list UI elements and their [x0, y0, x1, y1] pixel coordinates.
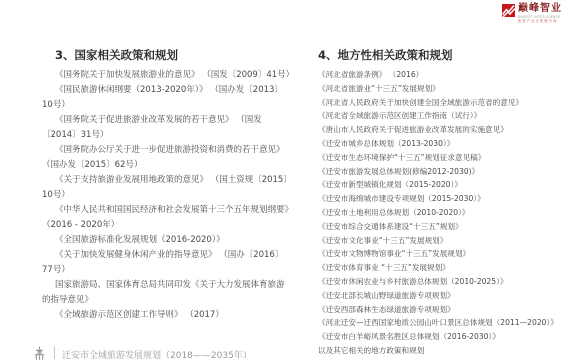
policy-item: 《迁安市综合交通体系建设“十三五”规划》	[318, 220, 570, 234]
logo: 巅峰智业 DAVOST INTELLIGENCE 旅游产业全程服务商	[502, 4, 562, 23]
national-policies-section: 3、国家相关政策和规划 《国务院关于加快发展旅游业的意见》 （国发〔2009〕4…	[42, 48, 292, 323]
policy-item: 《关于加快发展健身休闲产业的指导意见》 （国办〔2016〕77号）	[42, 248, 292, 278]
policy-item: 《国务院关于加快发展旅游业的意见》 （国发〔2009〕41号）	[42, 68, 292, 83]
policy-item: 《迁安市旅游发展总体规划(修编2012-2030)》	[318, 165, 570, 179]
policy-item: 《关于支持旅游业发展用地政策的意见》 （国土资规〔2015〕10号）	[42, 173, 292, 203]
brand-name: 巅峰智业	[518, 4, 562, 14]
national-policies-heading: 3、国家相关政策和规划	[55, 48, 292, 63]
policy-item: 《迁安市白羊峪风景名胜区总体规划（2016-2030）》	[318, 330, 570, 344]
policy-item: 《迁安市体育事业 “十三五”发展规划》	[318, 261, 570, 275]
policy-item: 《全域旅游示范区创建工作导则》 （2017）	[42, 308, 292, 323]
policy-item: 《河北省旅游条例》 （2016）	[318, 68, 570, 82]
local-policies-heading: 4、地方性相关政策和规划	[318, 48, 570, 63]
policy-item: 《河北迁安—迁西国家地质公园山叶口景区总体规划（2011—2020）》	[318, 316, 570, 330]
policy-item: 《河北省人民政府关于加快创建全国全域旅游示范省的意见》	[318, 96, 570, 110]
policy-item: 《迁安北部长城山野绿道旅游专项规划》	[318, 289, 570, 303]
local-policies-section: 4、地方性相关政策和规划 《河北省旅游条例》 （2016） 《河北省旅游业“十三…	[318, 48, 570, 358]
footer: 迁安市全域旅游发展规划（2018——2035年）	[33, 344, 252, 360]
policy-item: 《迁安市文物博物馆事业“十三五”发展规划》	[318, 247, 570, 261]
policy-item: 《迁安西部森林生态绿道旅游专项规划》	[318, 303, 570, 317]
national-policies-list: 《国务院关于加快发展旅游业的意见》 （国发〔2009〕41号） 《国民旅游休闲纲…	[42, 68, 292, 323]
policy-item: 以及其它相关的地方政策和规划	[318, 344, 570, 358]
davost-mountain-icon	[502, 4, 515, 17]
slide: 巅峰智业 DAVOST INTELLIGENCE 旅游产业全程服务商 3、国家相…	[0, 0, 570, 360]
policy-item: 《迁安市海绵城市建设专项规划（2015-2030）》	[318, 192, 570, 206]
footer-plan-title: 迁安市全域旅游发展规划（2018——2035年）	[62, 351, 252, 360]
policy-item: 《迁安市新型城镇化规划（2015-2020）》	[318, 178, 570, 192]
policy-item: 《唐山市人民政府关于促进旅游业改革发展的实施意见》	[318, 123, 570, 137]
pagoda-icon	[33, 346, 46, 360]
policy-item: 《迁安市生态环境保护“十三五”规划征求意见稿》	[318, 151, 570, 165]
policy-item: 《迁安市城乡总体规划（2013-2030）》	[318, 137, 570, 151]
local-policies-list: 《河北省旅游条例》 （2016） 《河北省旅游业“十三五”发展规划》 《河北省人…	[318, 68, 570, 358]
policy-item: 《河北省全域旅游示范区创建工作指南（试行）》	[318, 109, 570, 123]
footer-divider	[54, 346, 55, 359]
brand-tagline: 旅游产业全程服务商	[518, 20, 562, 23]
policy-item: 国家旅游局、国家体育总局共同印发《关于大力发展体育旅游的指导意见》	[42, 278, 292, 308]
policy-item: 《迁安市休闲农业与乡村旅游总体规划（2010-2025）》	[318, 275, 570, 289]
policy-item: 《迁安市文化事业“十三五”发展规划》	[318, 234, 570, 248]
policy-item: 《中华人民共和国国民经济和社会发展第十三个五年规划纲要》（2016 - 2020…	[42, 203, 292, 233]
policy-item: 《河北省旅游业“十三五”发展规划》	[318, 82, 570, 96]
policy-item: 《全国旅游标准化发展规划（2016-2020）》	[42, 233, 292, 248]
policy-item: 《国民旅游休闲纲要（2013-2020年）》 （国办发〔2013〕10号）	[42, 83, 292, 113]
policy-item: 《国务院办公厅关于进一步促进旅游投资和消费的若干意见》（国办发〔2015〕62号…	[42, 143, 292, 173]
logo-text: 巅峰智业 DAVOST INTELLIGENCE 旅游产业全程服务商	[518, 4, 562, 23]
policy-item: 《国务院关于促进旅游业改革发展的若干意见》 （国发〔2014〕31号）	[42, 113, 292, 143]
policy-item: 《迁安市土地利用总体规划（2010-2020）》	[318, 206, 570, 220]
